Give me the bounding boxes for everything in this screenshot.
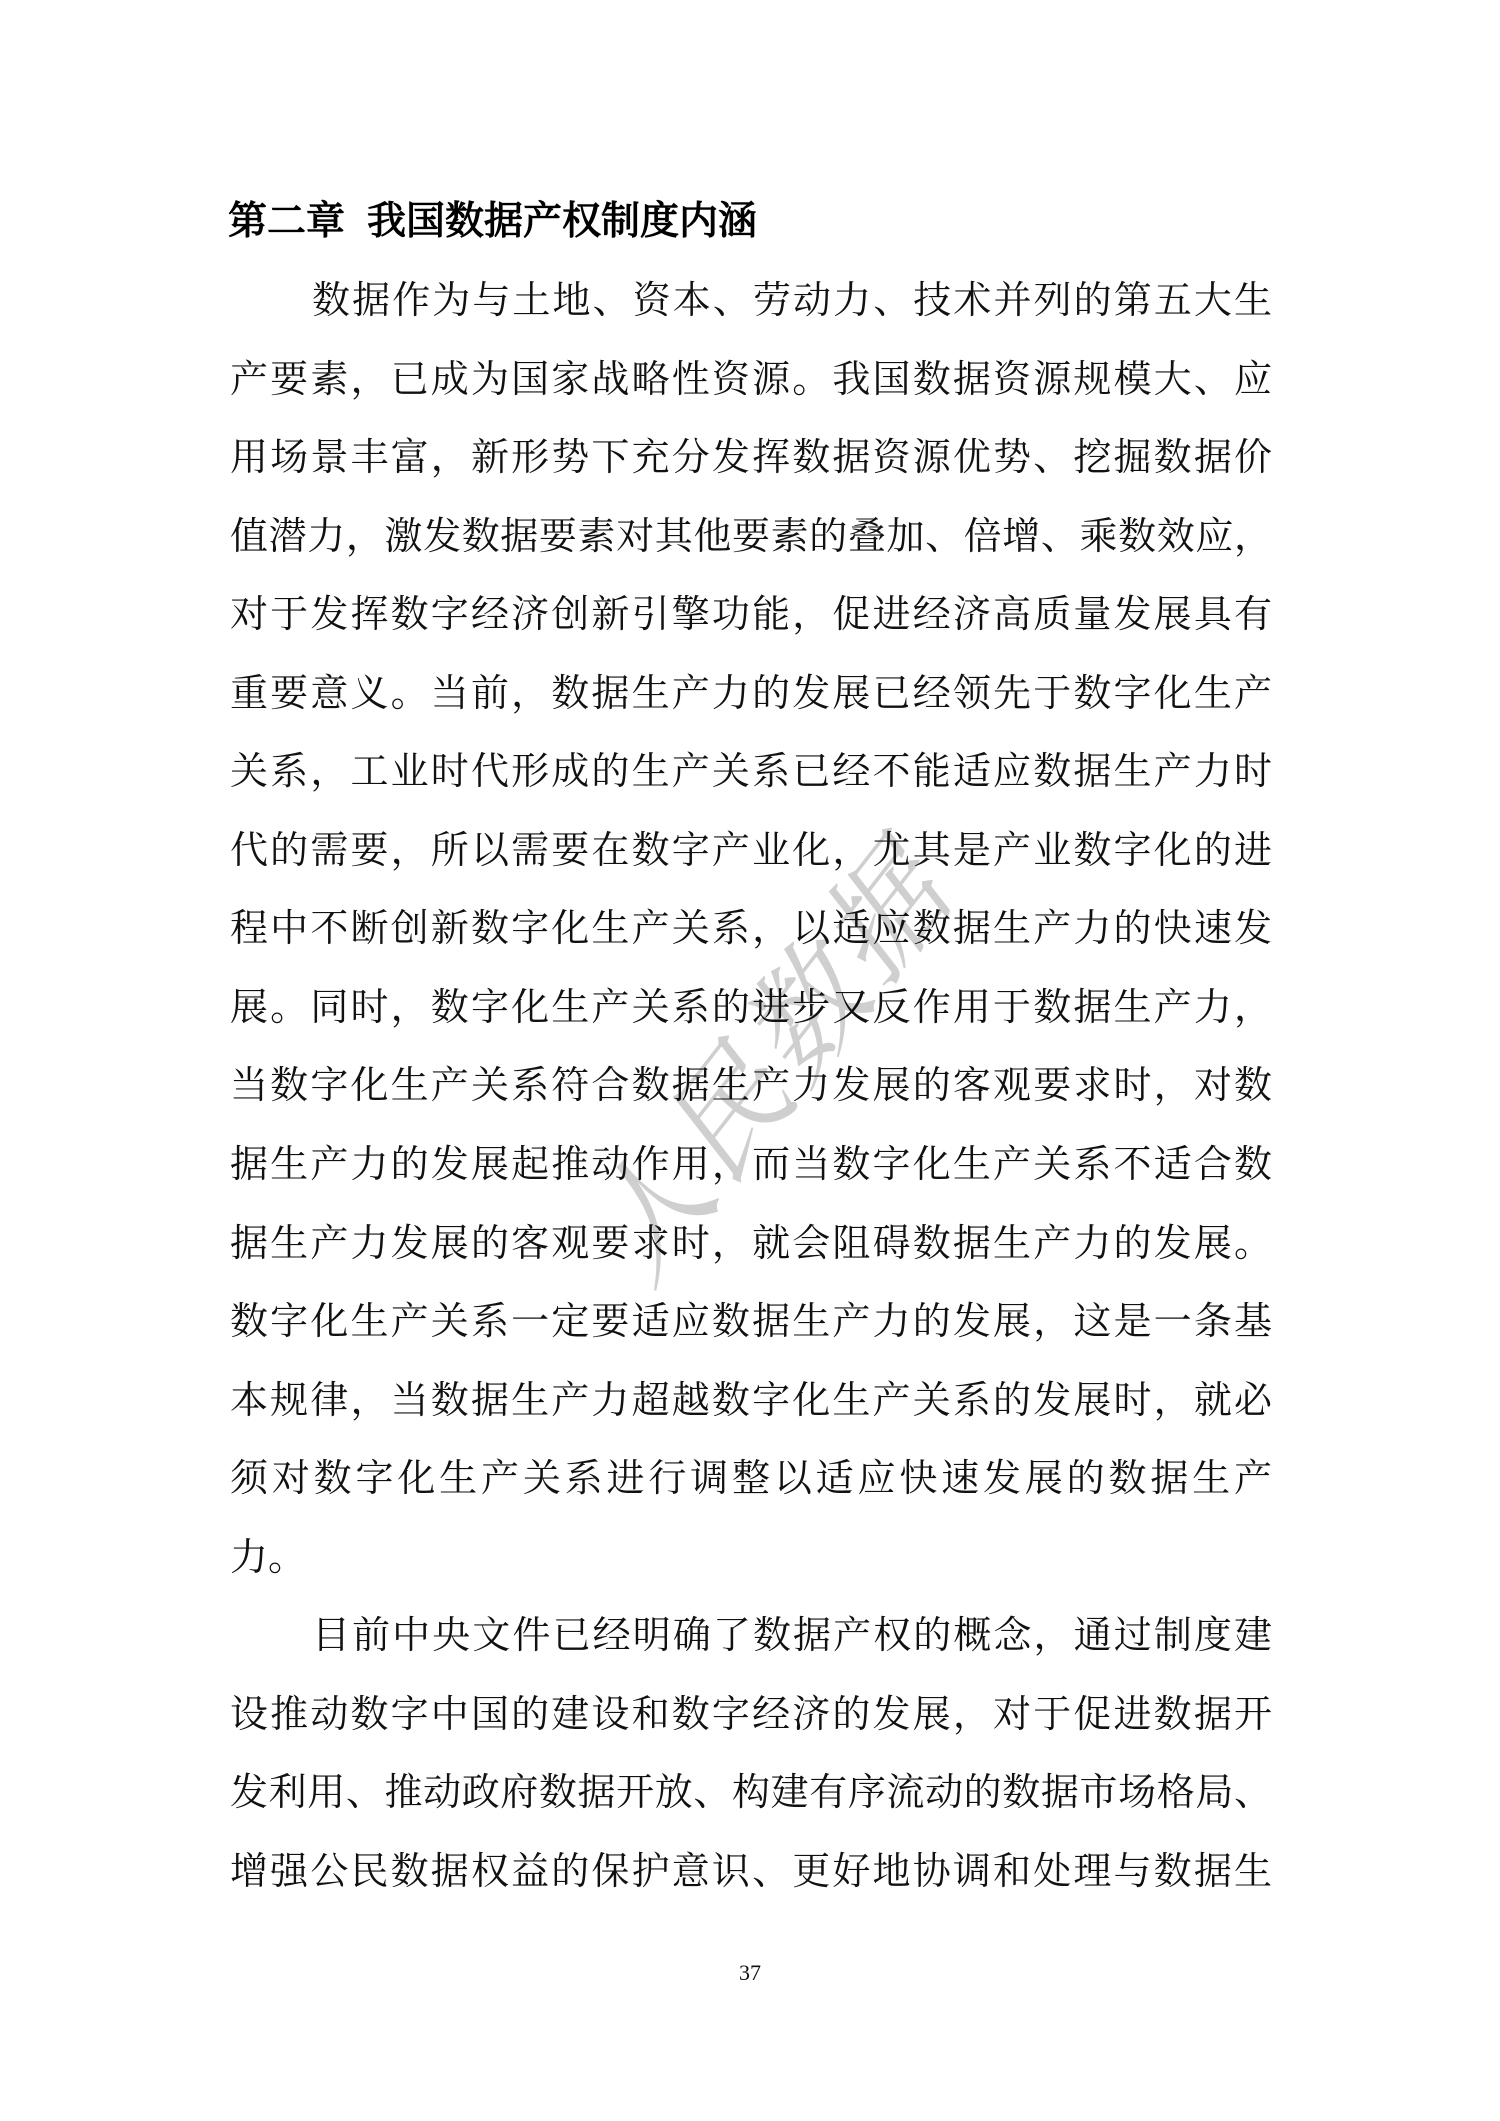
paragraph-1-line: 据生产力发展的客观要求时，就会阻碍数据生产力的发展。 bbox=[230, 1204, 1272, 1283]
paragraph-2-line: 发利用、推动政府数据开放、构建有序流动的数据市场格局、 bbox=[230, 1753, 1272, 1832]
body-text: 数据作为与土地、资本、劳动力、技术并列的第五大生 产要素，已成为国家战略性资源。… bbox=[230, 261, 1272, 1910]
paragraph-1-line: 力。 bbox=[230, 1518, 1272, 1597]
paragraph-2-line: 设推动数字中国的建设和数字经济的发展，对于促进数据开 bbox=[230, 1675, 1272, 1754]
paragraph-1-line: 数字化生产关系一定要适应数据生产力的发展，这是一条基 bbox=[230, 1282, 1272, 1361]
paragraph-2-line: 增强公民数据权益的保护意识、更好地协调和处理与数据生 bbox=[230, 1832, 1272, 1911]
chapter-heading: 第二章我国数据产权制度内涵 bbox=[228, 198, 757, 246]
paragraph-1-line: 须对数字化生产关系进行调整以适应快速发展的数据生产 bbox=[230, 1439, 1272, 1518]
document-page: 人民数据 第二章我国数据产权制度内涵 数据作为与土地、资本、劳动力、技术并列的第… bbox=[0, 0, 1500, 2121]
paragraph-1-line: 对于发挥数字经济创新引擎功能，促进经济高质量发展具有 bbox=[230, 575, 1272, 654]
paragraph-1-line: 程中不断创新数字化生产关系，以适应数据生产力的快速发 bbox=[230, 889, 1272, 968]
paragraph-1-line: 产要素，已成为国家战略性资源。我国数据资源规模大、应 bbox=[230, 340, 1272, 419]
chapter-number: 第二章 bbox=[228, 199, 345, 244]
paragraph-1-line: 关系，工业时代形成的生产关系已经不能适应数据生产力时 bbox=[230, 732, 1272, 811]
paragraph-1-line: 当数字化生产关系符合数据生产力发展的客观要求时，对数 bbox=[230, 1046, 1272, 1125]
paragraph-1-line: 展。同时，数字化生产关系的进步又反作用于数据生产力， bbox=[230, 968, 1272, 1047]
paragraph-1-line: 数据作为与土地、资本、劳动力、技术并列的第五大生 bbox=[230, 261, 1272, 340]
chapter-title: 我国数据产权制度内涵 bbox=[367, 199, 757, 244]
paragraph-1-line: 本规律，当数据生产力超越数字化生产关系的发展时，就必 bbox=[230, 1361, 1272, 1440]
paragraph-2-line: 目前中央文件已经明确了数据产权的概念，通过制度建 bbox=[230, 1596, 1272, 1675]
paragraph-1-line: 代的需要，所以需要在数字产业化，尤其是产业数字化的进 bbox=[230, 811, 1272, 890]
paragraph-1-line: 用场景丰富，新形势下充分发挥数据资源优势、挖掘数据价 bbox=[230, 418, 1272, 497]
paragraph-1-line: 重要意义。当前，数据生产力的发展已经领先于数字化生产 bbox=[230, 654, 1272, 733]
paragraph-1-line: 据生产力的发展起推动作用，而当数字化生产关系不适合数 bbox=[230, 1125, 1272, 1204]
paragraph-1-line: 值潜力，激发数据要素对其他要素的叠加、倍增、乘数效应， bbox=[230, 497, 1272, 576]
page-number: 37 bbox=[700, 1960, 800, 1986]
